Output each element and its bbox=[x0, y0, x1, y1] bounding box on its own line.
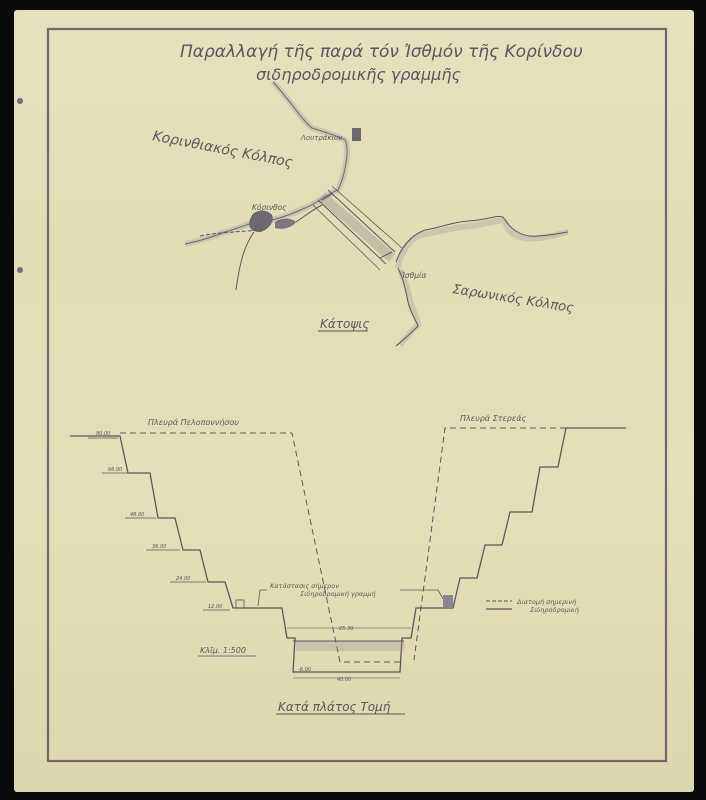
loutraki-town bbox=[352, 128, 361, 141]
label-isthmia: Ἰσθμία bbox=[402, 271, 427, 280]
plan-view bbox=[185, 82, 568, 346]
section-caption: Κατά πλάτος Τομή bbox=[278, 700, 391, 714]
elevation-6: 12.00 bbox=[208, 604, 222, 610]
label-side-left: Πλευρά Πελοποννήσου bbox=[148, 418, 239, 427]
cross-section bbox=[70, 331, 626, 714]
dim-depth: -8.00 bbox=[298, 667, 311, 673]
water bbox=[296, 641, 404, 651]
label-existing: Κατάστασις σήμερον bbox=[270, 582, 339, 590]
drawing: Παραλλαγή τῆς παρά τόν Ἰσθμόν τῆς Κορίνδ… bbox=[0, 0, 706, 800]
title-line2: σιδηροδρομικῆς γραμμῆς bbox=[256, 65, 461, 84]
label-gulf-corinth: Κορινθιακός Κόλπος bbox=[151, 128, 294, 171]
elevation-3: 48.00 bbox=[130, 512, 144, 518]
label-corinth: Κόρινθος bbox=[252, 203, 287, 212]
elevation-1: 80.00 bbox=[96, 431, 110, 437]
punch-hole bbox=[17, 267, 23, 273]
elevation-5: 24.00 bbox=[176, 576, 190, 582]
label-side-right: Πλευρά Στερεάς bbox=[460, 414, 526, 423]
title-line1: Παραλλαγή τῆς παρά τόν Ἰσθμόν τῆς Κορίνδ… bbox=[180, 42, 583, 62]
elevation-2: 66.00 bbox=[108, 467, 122, 473]
dim-top: 25.30 bbox=[339, 626, 353, 632]
elevation-4: 36.00 bbox=[152, 544, 166, 550]
legend-dashed: Διατομή σημερινή bbox=[516, 598, 577, 606]
label-loutraki: Λουτράκιον bbox=[300, 134, 342, 142]
corinth-canal bbox=[313, 186, 402, 270]
label-saronic-gulf: Σαρωνικός Κόλπος bbox=[451, 282, 575, 316]
dim-bottom: 40.00 bbox=[337, 677, 351, 683]
plan-caption: Κάτοψις bbox=[320, 317, 369, 331]
corinth-town bbox=[249, 210, 273, 232]
legend-solid: Σιδηροδρομική bbox=[530, 606, 580, 614]
scale-label: Κλῖμ. 1:500 bbox=[200, 646, 246, 655]
punch-hole bbox=[17, 98, 23, 104]
label-railway: Σιδηροδρομική γραμμή bbox=[300, 590, 376, 598]
